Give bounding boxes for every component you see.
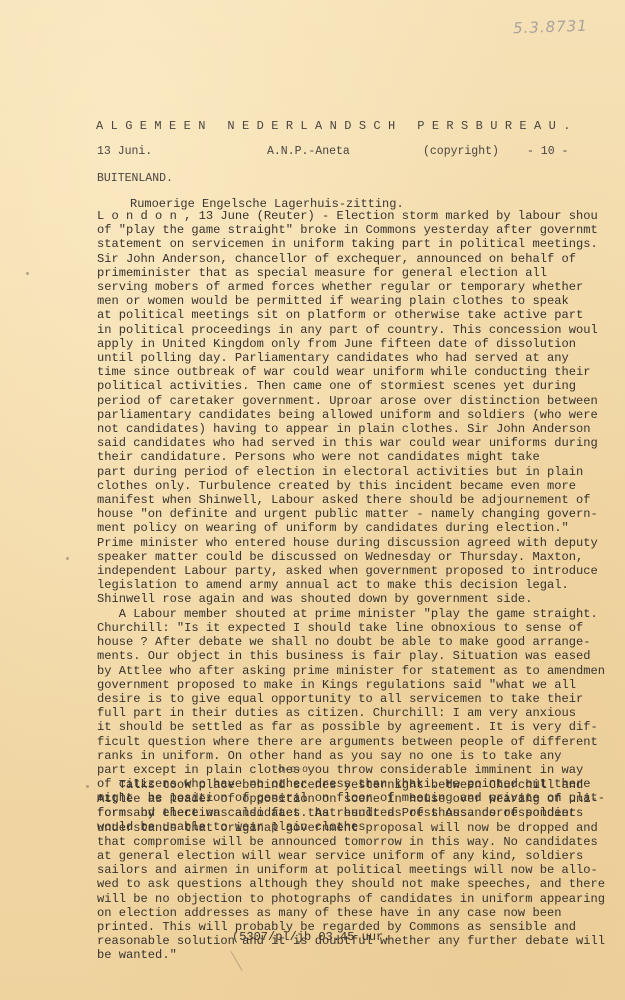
dispatch-date: 13 Juni. [97, 145, 152, 158]
article-paragraph-1: L o n d o n , 13 June (Reuter) - Electio… [97, 209, 625, 834]
copyright-label: (copyright) [423, 145, 499, 158]
dispatch-agency: A.N.P.-Aneta [267, 145, 350, 158]
archive-number-annotation: 5.3.8731 [513, 17, 588, 38]
margin-speck [66, 557, 69, 560]
typewritten-document-page: 5.3.8731 ALGEMEEN NEDERLANDSCH PERSBUREA… [0, 0, 625, 1000]
dispatch-reference: (5307/pl/jb 03.45 uur. [232, 930, 390, 944]
margin-speck [26, 272, 29, 275]
agency-header: ALGEMEEN NEDERLANDSCH PERSBUREAU. [96, 119, 578, 133]
margin-speck [86, 785, 89, 788]
page-number: - 10 - [527, 145, 568, 158]
section-label: BUITENLAND. [97, 172, 173, 185]
section-divider: o-o-o [278, 765, 308, 776]
